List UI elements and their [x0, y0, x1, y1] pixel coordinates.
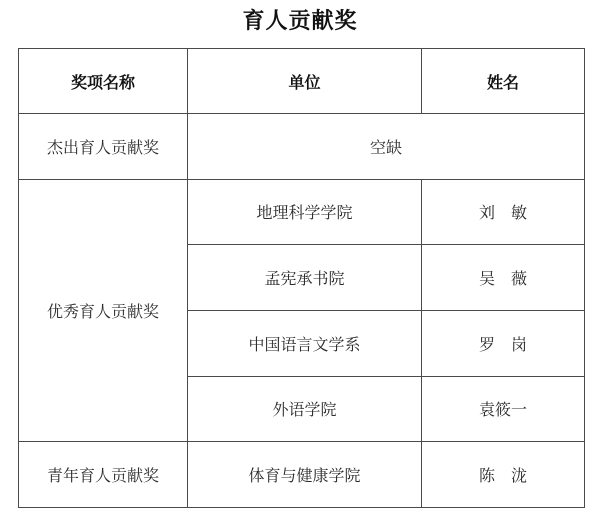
person-name-cell: 陈 泷 [422, 442, 585, 508]
header-person-name: 姓名 [422, 49, 585, 114]
header-unit: 单位 [188, 49, 422, 114]
header-award-name: 奖项名称 [19, 49, 188, 114]
person-name-cell: 罗 岗 [422, 310, 585, 376]
page-title: 育人贡献奖 [0, 4, 600, 40]
table-row: 优秀育人贡献奖 地理科学学院 刘 敏 [19, 179, 585, 245]
unit-cell: 地理科学学院 [188, 179, 422, 245]
header-row: 奖项名称 单位 姓名 [19, 49, 585, 114]
award-table: 奖项名称 单位 姓名 杰出育人贡献奖 空缺 优秀育人贡献奖 地理科学学院 刘 敏… [18, 48, 585, 508]
award-name-cell: 青年育人贡献奖 [19, 442, 188, 508]
unit-cell: 体育与健康学院 [188, 442, 422, 508]
award-name-cell: 杰出育人贡献奖 [19, 114, 188, 180]
award-name-cell: 优秀育人贡献奖 [19, 179, 188, 442]
table-row: 杰出育人贡献奖 空缺 [19, 114, 585, 180]
person-name-cell: 刘 敏 [422, 179, 585, 245]
table-row: 青年育人贡献奖 体育与健康学院 陈 泷 [19, 442, 585, 508]
unit-cell: 中国语言文学系 [188, 310, 422, 376]
vacant-cell: 空缺 [188, 114, 585, 180]
person-name-cell: 袁筱一 [422, 376, 585, 442]
person-name-cell: 吴 薇 [422, 245, 585, 311]
unit-cell: 外语学院 [188, 376, 422, 442]
unit-cell: 孟宪承书院 [188, 245, 422, 311]
